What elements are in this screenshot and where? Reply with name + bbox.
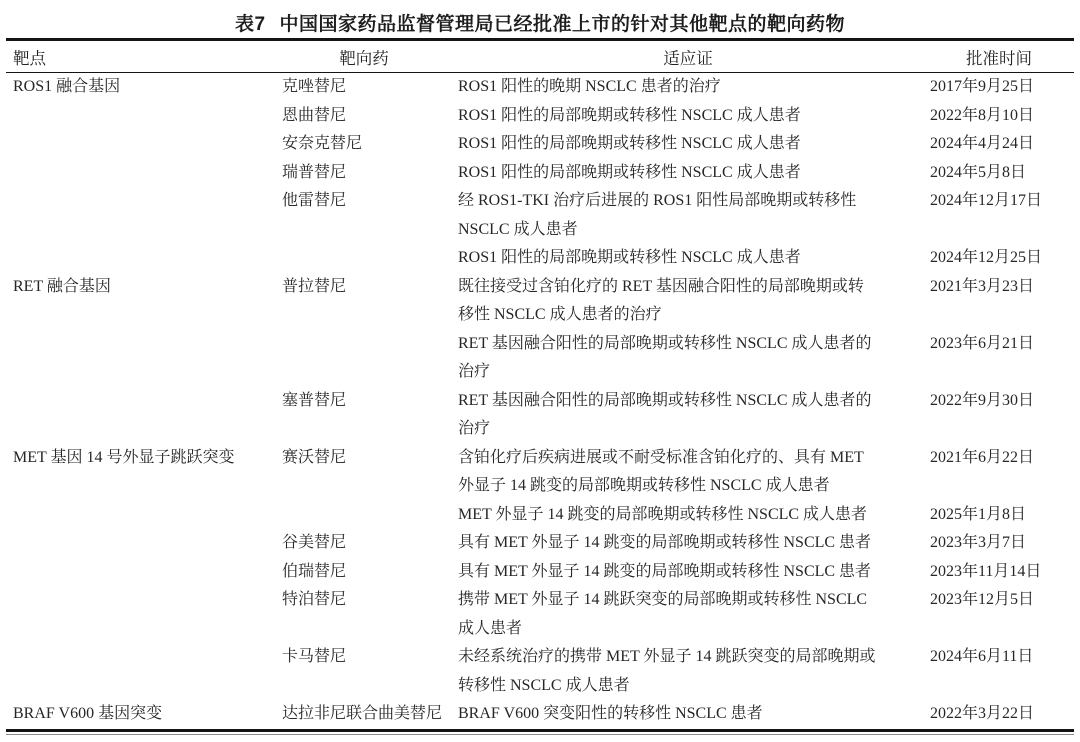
date-cell: 2022年8月10日 — [924, 102, 1074, 131]
column-header-approval-date: 批准时间 — [924, 40, 1074, 73]
date-cell: 2017年9月25日 — [924, 73, 1074, 102]
drug-cell — [276, 501, 452, 530]
target-cell — [6, 159, 276, 188]
indication-cell: ROS1 阳性的晚期 NSCLC 患者的治疗 — [452, 73, 924, 102]
drug-cell: 恩曲替尼 — [276, 102, 452, 131]
date-cell: 2021年3月23日 — [924, 273, 1074, 330]
column-header-drug: 靶向药 — [276, 40, 452, 73]
drug-cell — [276, 330, 452, 387]
table-row: RET 基因融合阳性的局部晚期或转移性 NSCLC 成人患者的 治疗 2023年… — [6, 330, 1074, 387]
indication-cell: MET 外显子 14 跳变的局部晚期或转移性 NSCLC 成人患者 — [452, 501, 924, 530]
indication-cell: 既往接受过含铂化疗的 RET 基因融合阳性的局部晚期或转 移性 NSCLC 成人… — [452, 273, 924, 330]
date-cell: 2024年5月8日 — [924, 159, 1074, 188]
table-row: MET 基因 14 号外显子跳跃突变 赛沃替尼 含铂化疗后疾病进展或不耐受标准含… — [6, 444, 1074, 501]
date-cell: 2021年6月22日 — [924, 444, 1074, 501]
indication-cell: 含铂化疗后疾病进展或不耐受标准含铂化疗的、具有 MET 外显子 14 跳变的局部… — [452, 444, 924, 501]
drug-cell: 谷美替尼 — [276, 529, 452, 558]
table-row: 谷美替尼 具有 MET 外显子 14 跳变的局部晚期或转移性 NSCLC 患者 … — [6, 529, 1074, 558]
date-cell: 2022年9月30日 — [924, 387, 1074, 444]
table-caption-text: 中国国家药品监督管理局已经批准上市的针对其他靶点的靶向药物 — [280, 14, 846, 35]
target-cell — [6, 643, 276, 700]
date-cell: 2023年6月21日 — [924, 330, 1074, 387]
target-cell: MET 基因 14 号外显子跳跃突变 — [6, 444, 276, 501]
indication-cell: 具有 MET 外显子 14 跳变的局部晚期或转移性 NSCLC 患者 — [452, 529, 924, 558]
drug-cell: 克唑替尼 — [276, 73, 452, 102]
drug-cell: 瑞普替尼 — [276, 159, 452, 188]
table-header-row: 靶点 靶向药 适应证 批准时间 — [6, 40, 1074, 73]
target-cell — [6, 558, 276, 587]
indication-cell: RET 基因融合阳性的局部晚期或转移性 NSCLC 成人患者的 治疗 — [452, 387, 924, 444]
indication-cell: 具有 MET 外显子 14 跳变的局部晚期或转移性 NSCLC 患者 — [452, 558, 924, 587]
date-cell: 2024年12月17日 — [924, 187, 1074, 244]
drug-cell: 安奈克替尼 — [276, 130, 452, 159]
table-row: BRAF V600 基因突变 达拉非尼联合曲美替尼 BRAF V600 突变阳性… — [6, 700, 1074, 730]
table-row: 瑞普替尼 ROS1 阳性的局部晚期或转移性 NSCLC 成人患者 2024年5月… — [6, 159, 1074, 188]
date-cell: 2025年1月8日 — [924, 501, 1074, 530]
target-cell — [6, 187, 276, 244]
drug-cell: 达拉非尼联合曲美替尼 — [276, 700, 452, 730]
table-row: 特泊替尼 携带 MET 外显子 14 跳跃突变的局部晚期或转移性 NSCLC 成… — [6, 586, 1074, 643]
table-row: 卡马替尼 未经系统治疗的携带 MET 外显子 14 跳跃突变的局部晚期或 转移性… — [6, 643, 1074, 700]
target-cell: RET 融合基因 — [6, 273, 276, 330]
table-row: 安奈克替尼 ROS1 阳性的局部晚期或转移性 NSCLC 成人患者 2024年4… — [6, 130, 1074, 159]
target-cell: ROS1 融合基因 — [6, 73, 276, 102]
drug-cell: 伯瑞替尼 — [276, 558, 452, 587]
indication-cell: 经 ROS1-TKI 治疗后进展的 ROS1 阳性局部晚期或转移性 NSCLC … — [452, 187, 924, 244]
drug-cell — [276, 244, 452, 273]
table-row: MET 外显子 14 跳变的局部晚期或转移性 NSCLC 成人患者 2025年1… — [6, 501, 1074, 530]
table-bottom-thin-rule — [6, 734, 1074, 735]
target-cell — [6, 387, 276, 444]
table-row: ROS1 融合基因 克唑替尼 ROS1 阳性的晚期 NSCLC 患者的治疗 20… — [6, 73, 1074, 102]
indication-cell: ROS1 阳性的局部晚期或转移性 NSCLC 成人患者 — [452, 130, 924, 159]
approved-drugs-table-wrapper: 靶点 靶向药 适应证 批准时间 ROS1 融合基因 克唑替尼 ROS1 阳性的晚… — [6, 38, 1074, 732]
date-cell: 2024年12月25日 — [924, 244, 1074, 273]
indication-cell: ROS1 阳性的局部晚期或转移性 NSCLC 成人患者 — [452, 102, 924, 131]
column-header-indication: 适应证 — [452, 40, 924, 73]
table-header: 靶点 靶向药 适应证 批准时间 — [6, 40, 1074, 73]
target-cell — [6, 330, 276, 387]
table-row: 他雷替尼 经 ROS1-TKI 治疗后进展的 ROS1 阳性局部晚期或转移性 N… — [6, 187, 1074, 244]
target-cell — [6, 529, 276, 558]
target-cell — [6, 501, 276, 530]
date-cell: 2024年4月24日 — [924, 130, 1074, 159]
target-cell — [6, 244, 276, 273]
target-cell — [6, 586, 276, 643]
drug-cell: 卡马替尼 — [276, 643, 452, 700]
drug-cell: 赛沃替尼 — [276, 444, 452, 501]
date-cell: 2023年11月14日 — [924, 558, 1074, 587]
page: { "title": { "tag": "表7", "text": "中国国家药… — [0, 0, 1080, 742]
column-header-target: 靶点 — [6, 40, 276, 73]
drug-cell: 塞普替尼 — [276, 387, 452, 444]
indication-cell: 携带 MET 外显子 14 跳跃突变的局部晚期或转移性 NSCLC 成人患者 — [452, 586, 924, 643]
indication-cell: 未经系统治疗的携带 MET 外显子 14 跳跃突变的局部晚期或 转移性 NSCL… — [452, 643, 924, 700]
date-cell: 2023年3月7日 — [924, 529, 1074, 558]
indication-cell: ROS1 阳性的局部晚期或转移性 NSCLC 成人患者 — [452, 159, 924, 188]
indication-cell: ROS1 阳性的局部晚期或转移性 NSCLC 成人患者 — [452, 244, 924, 273]
date-cell: 2024年6月11日 — [924, 643, 1074, 700]
table-body: ROS1 融合基因 克唑替尼 ROS1 阳性的晚期 NSCLC 患者的治疗 20… — [6, 73, 1074, 731]
table-row: 伯瑞替尼 具有 MET 外显子 14 跳变的局部晚期或转移性 NSCLC 患者 … — [6, 558, 1074, 587]
table-row: 恩曲替尼 ROS1 阳性的局部晚期或转移性 NSCLC 成人患者 2022年8月… — [6, 102, 1074, 131]
drug-cell: 普拉替尼 — [276, 273, 452, 330]
table-caption-number: 表7 — [235, 14, 266, 35]
approved-drugs-table: 靶点 靶向药 适应证 批准时间 ROS1 融合基因 克唑替尼 ROS1 阳性的晚… — [6, 38, 1074, 732]
table-caption: 表7中国国家药品监督管理局已经批准上市的针对其他靶点的靶向药物 — [0, 0, 1080, 36]
indication-cell: BRAF V600 突变阳性的转移性 NSCLC 患者 — [452, 700, 924, 730]
date-cell: 2023年12月5日 — [924, 586, 1074, 643]
drug-cell: 特泊替尼 — [276, 586, 452, 643]
target-cell — [6, 102, 276, 131]
target-cell: BRAF V600 基因突变 — [6, 700, 276, 730]
drug-cell: 他雷替尼 — [276, 187, 452, 244]
table-row: RET 融合基因 普拉替尼 既往接受过含铂化疗的 RET 基因融合阳性的局部晚期… — [6, 273, 1074, 330]
date-cell: 2022年3月22日 — [924, 700, 1074, 730]
target-cell — [6, 130, 276, 159]
table-row: ROS1 阳性的局部晚期或转移性 NSCLC 成人患者 2024年12月25日 — [6, 244, 1074, 273]
indication-cell: RET 基因融合阳性的局部晚期或转移性 NSCLC 成人患者的 治疗 — [452, 330, 924, 387]
table-row: 塞普替尼 RET 基因融合阳性的局部晚期或转移性 NSCLC 成人患者的 治疗 … — [6, 387, 1074, 444]
